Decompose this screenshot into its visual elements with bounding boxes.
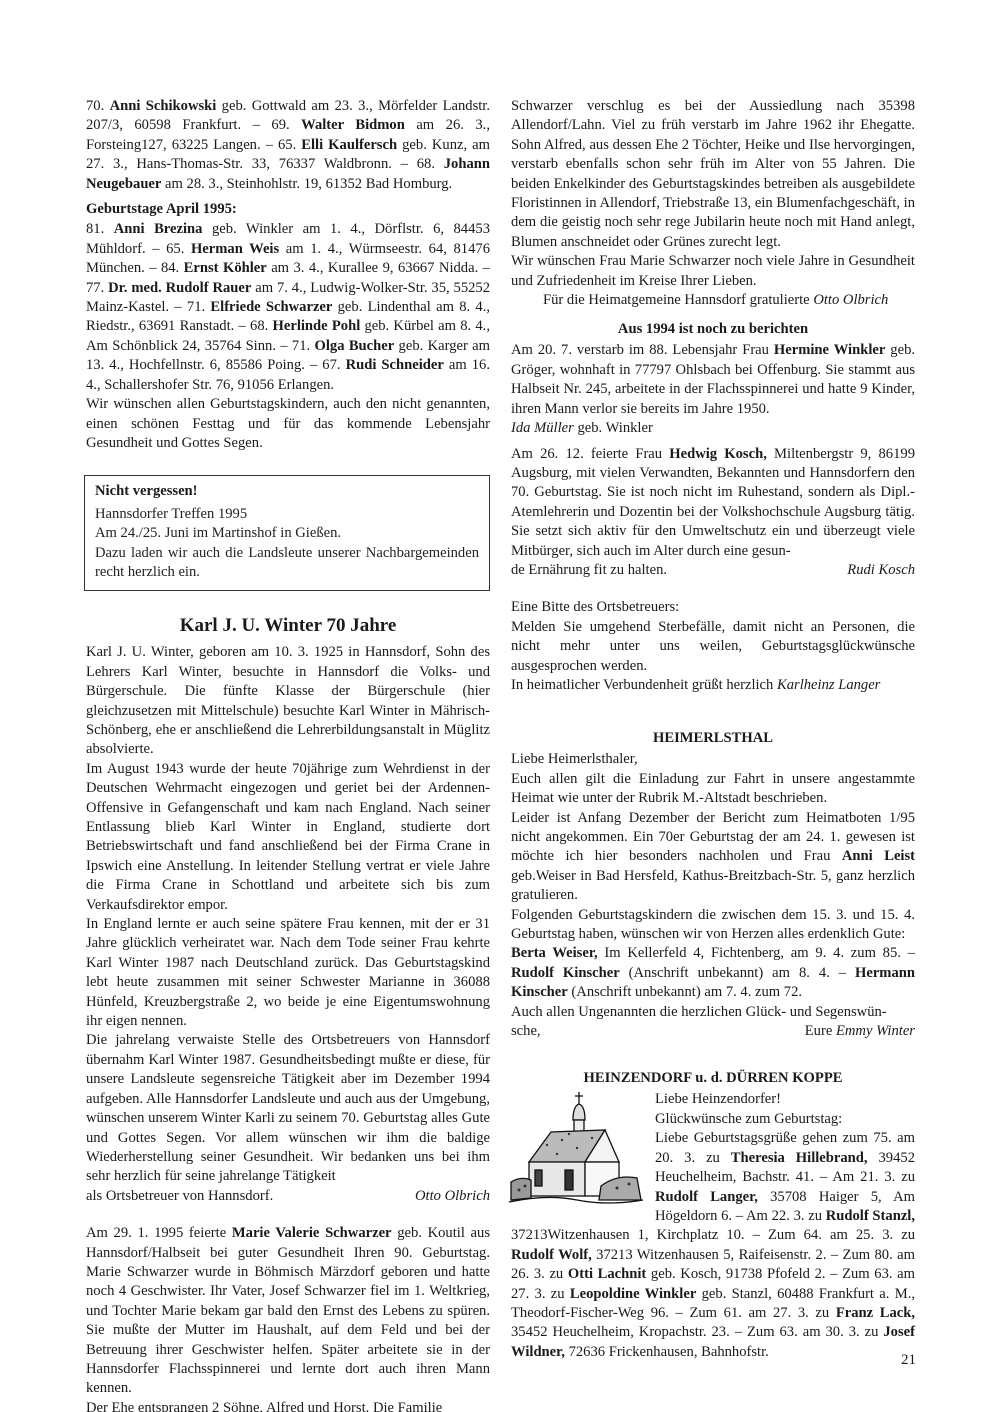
article-paragraph: In England lernte er auch seine spätere … <box>86 915 490 1031</box>
heimerlsthal-paragraph: Auch allen Ungenannten die herzlichen Gl… <box>511 1003 915 1022</box>
april-birthdays-heading: Geburtstage April 1995: <box>86 200 490 219</box>
birthday-wishes: Wir wünschen allen Geburtstagskindern, a… <box>86 395 490 453</box>
heimerlsthal-signature-line: sche, Eure Emmy Winter <box>511 1022 915 1041</box>
march-birthdays: 70. Anni Schikowski geb. Gottwald am 23.… <box>86 97 490 194</box>
author-signature: Otto Olbrich <box>415 1187 490 1206</box>
april-birthdays: 81. Anni Brezina geb. Winkler am 1. 4., … <box>86 220 490 395</box>
request-greeting: In heimatlicher Verbundenheit grüßt herz… <box>511 676 915 695</box>
winkler-obituary: Am 20. 7. verstarb im 88. Lebensjahr Fra… <box>511 341 915 419</box>
article-paragraph: Die jahrelang verwaiste Stelle des Ortsb… <box>86 1031 490 1186</box>
newsletter-page: 70. Anni Schikowski geb. Gottwald am 23.… <box>0 0 1000 1412</box>
heimerlsthal-birthdays: Berta Weiser, Im Kellerfeld 4, Fichtenbe… <box>511 944 915 1002</box>
notice-line: Am 24./25. Juni im Martinshof in Gießen. <box>95 524 479 543</box>
article-title: Karl J. U. Winter 70 Jahre <box>86 615 490 637</box>
schwarzer-continued: Schwarzer verschlug es bei der Aussiedlu… <box>511 97 915 252</box>
kosch-signature-line: de Ernährung fit zu halten. Rudi Kosch <box>511 561 915 580</box>
author-signature: Eure Emmy Winter <box>805 1022 915 1041</box>
schwarzer-signature: Für die Heimatgemeine Hannsdorf gratulie… <box>511 291 915 310</box>
notice-title: Nicht vergessen! <box>95 482 479 501</box>
heimerlsthal-paragraph: Euch allen gilt die Einladung zur Fahrt … <box>511 770 915 809</box>
heimerlsthal-paragraph: Folgenden Geburtstagskindern die zwische… <box>511 906 915 945</box>
heimerlsthal-salutation: Liebe Heimerlsthaler, <box>511 750 915 769</box>
left-column: 70. Anni Schikowski geb. Gottwald am 23.… <box>86 97 490 1412</box>
schwarzer-article-cont: Der Ehe entsprangen 2 Söhne, Alfred und … <box>86 1399 490 1412</box>
right-column: Schwarzer verschlug es bei der Aussiedlu… <box>511 97 915 1362</box>
article-signature-line: als Ortsbetreuer von Hannsdorf. Otto Olb… <box>86 1187 490 1206</box>
heimerlsthal-heading: HEIMERLSTHAL <box>511 729 915 748</box>
chapel-illustration-icon <box>507 1090 645 1208</box>
notice-line: Dazu laden wir auch die Landsleute unser… <box>95 544 479 583</box>
schwarzer-wish: Wir wünschen Frau Marie Schwarzer noch v… <box>511 252 915 291</box>
page-number: 21 <box>901 1351 916 1370</box>
heinzendorf-section: Liebe Heinzendorfer! Glückwünsche zum Ge… <box>511 1090 915 1362</box>
article-paragraph: Karl J. U. Winter, geboren am 10. 3. 192… <box>86 643 490 759</box>
notice-box: Nicht vergessen! Hannsdorfer Treffen 199… <box>84 475 490 591</box>
heimerlsthal-paragraph: Leider ist Anfang Dezember der Bericht z… <box>511 809 915 906</box>
heinzendorf-heading: HEINZENDORF u. d. DÜRREN KOPPE <box>511 1069 915 1088</box>
report-1994-heading: Aus 1994 ist noch zu berichten <box>511 320 915 339</box>
request-text: Melden Sie umgehend Sterbefälle, damit n… <box>511 618 915 676</box>
author-signature: Rudi Kosch <box>847 561 915 580</box>
article-paragraph: Im August 1943 wurde der heute 70jährige… <box>86 760 490 915</box>
notice-line: Hannsdorfer Treffen 1995 <box>95 505 479 524</box>
obituary-signature: Ida Müller geb. Winkler <box>511 419 915 438</box>
request-heading: Eine Bitte des Ortsbetreuers: <box>511 598 915 617</box>
schwarzer-article: Am 29. 1. 1995 feierte Marie Valerie Sch… <box>86 1224 490 1399</box>
kosch-birthday: Am 26. 12. feierte Frau Hedwig Kosch, Mi… <box>511 445 915 561</box>
